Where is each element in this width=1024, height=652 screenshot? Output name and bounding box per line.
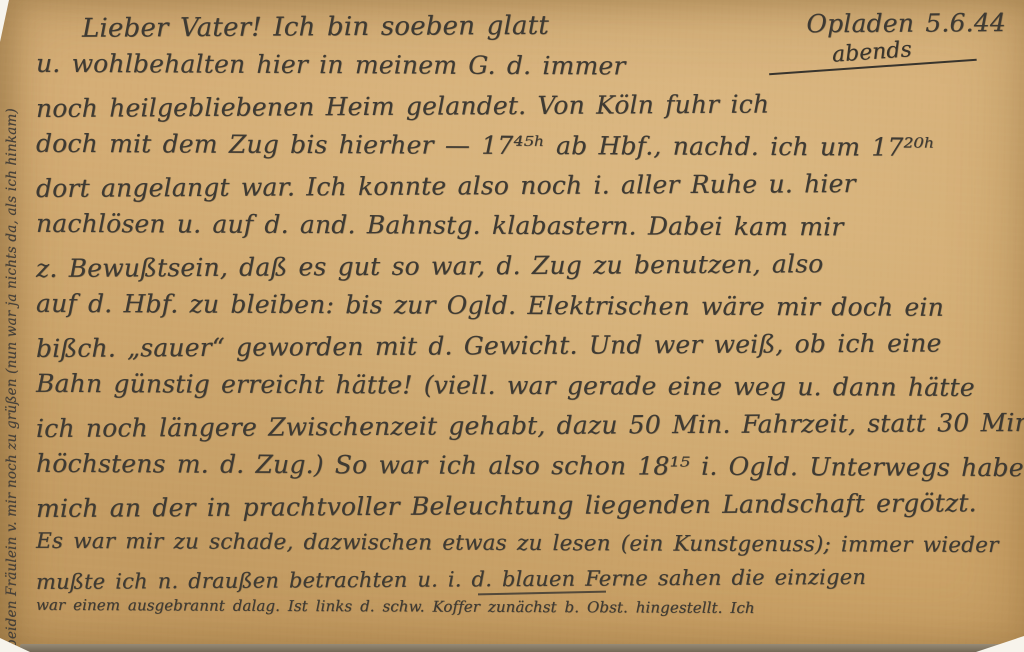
handwriting-line: ich noch längere Zwischenzeit gehabt, da…	[36, 403, 1020, 449]
handwriting-line: bißch. „sauer“ geworden mit d. Gewicht. …	[36, 323, 1020, 369]
handwriting-line: z. Bewußtsein, daß es gut so war, d. Zug…	[36, 243, 1020, 289]
handwriting-line: nachlösen u. auf d. and. Bahnstg. klabas…	[36, 204, 1020, 248]
handwriting-line: doch mit dem Zug bis hierher — 17⁴⁵ʰ ab …	[36, 124, 1020, 168]
handwriting-line: auf d. Hbf. zu bleiben: bis zur Ogld. El…	[36, 284, 1020, 328]
handwriting-line: Es war mir zu schade, dazwischen etwas z…	[36, 524, 1020, 564]
margin-note: beiden Fräulein v. mir noch zu grüßen (n…	[4, 4, 20, 648]
scan-edge	[20, 644, 1008, 652]
handwriting-line: noch heilgebliebenen Heim gelandet. Von …	[36, 83, 1020, 129]
handwriting-line: Bahn günstig erreicht hätte! (viell. war…	[36, 364, 1020, 408]
salutation-text: Lieber Vater! Ich bin soeben glatt	[82, 6, 549, 49]
spacer	[549, 32, 806, 34]
handwriting-line: mich an der in prachtvoller Beleuchtung …	[36, 483, 1020, 529]
letter-body: Lieber Vater! Ich bin soeben glatt Oplad…	[36, 6, 1020, 618]
postcard-scan: Lieber Vater! Ich bin soeben glatt Oplad…	[0, 0, 1024, 652]
handwriting-line: dort angelangt war. Ich konnte also noch…	[36, 163, 1020, 209]
handwriting-line: höchstens m. d. Zug.) So war ich also sc…	[36, 444, 1020, 488]
handwriting-line-bottom: war einem ausgebrannt dalag. Ist links d…	[36, 594, 1020, 620]
